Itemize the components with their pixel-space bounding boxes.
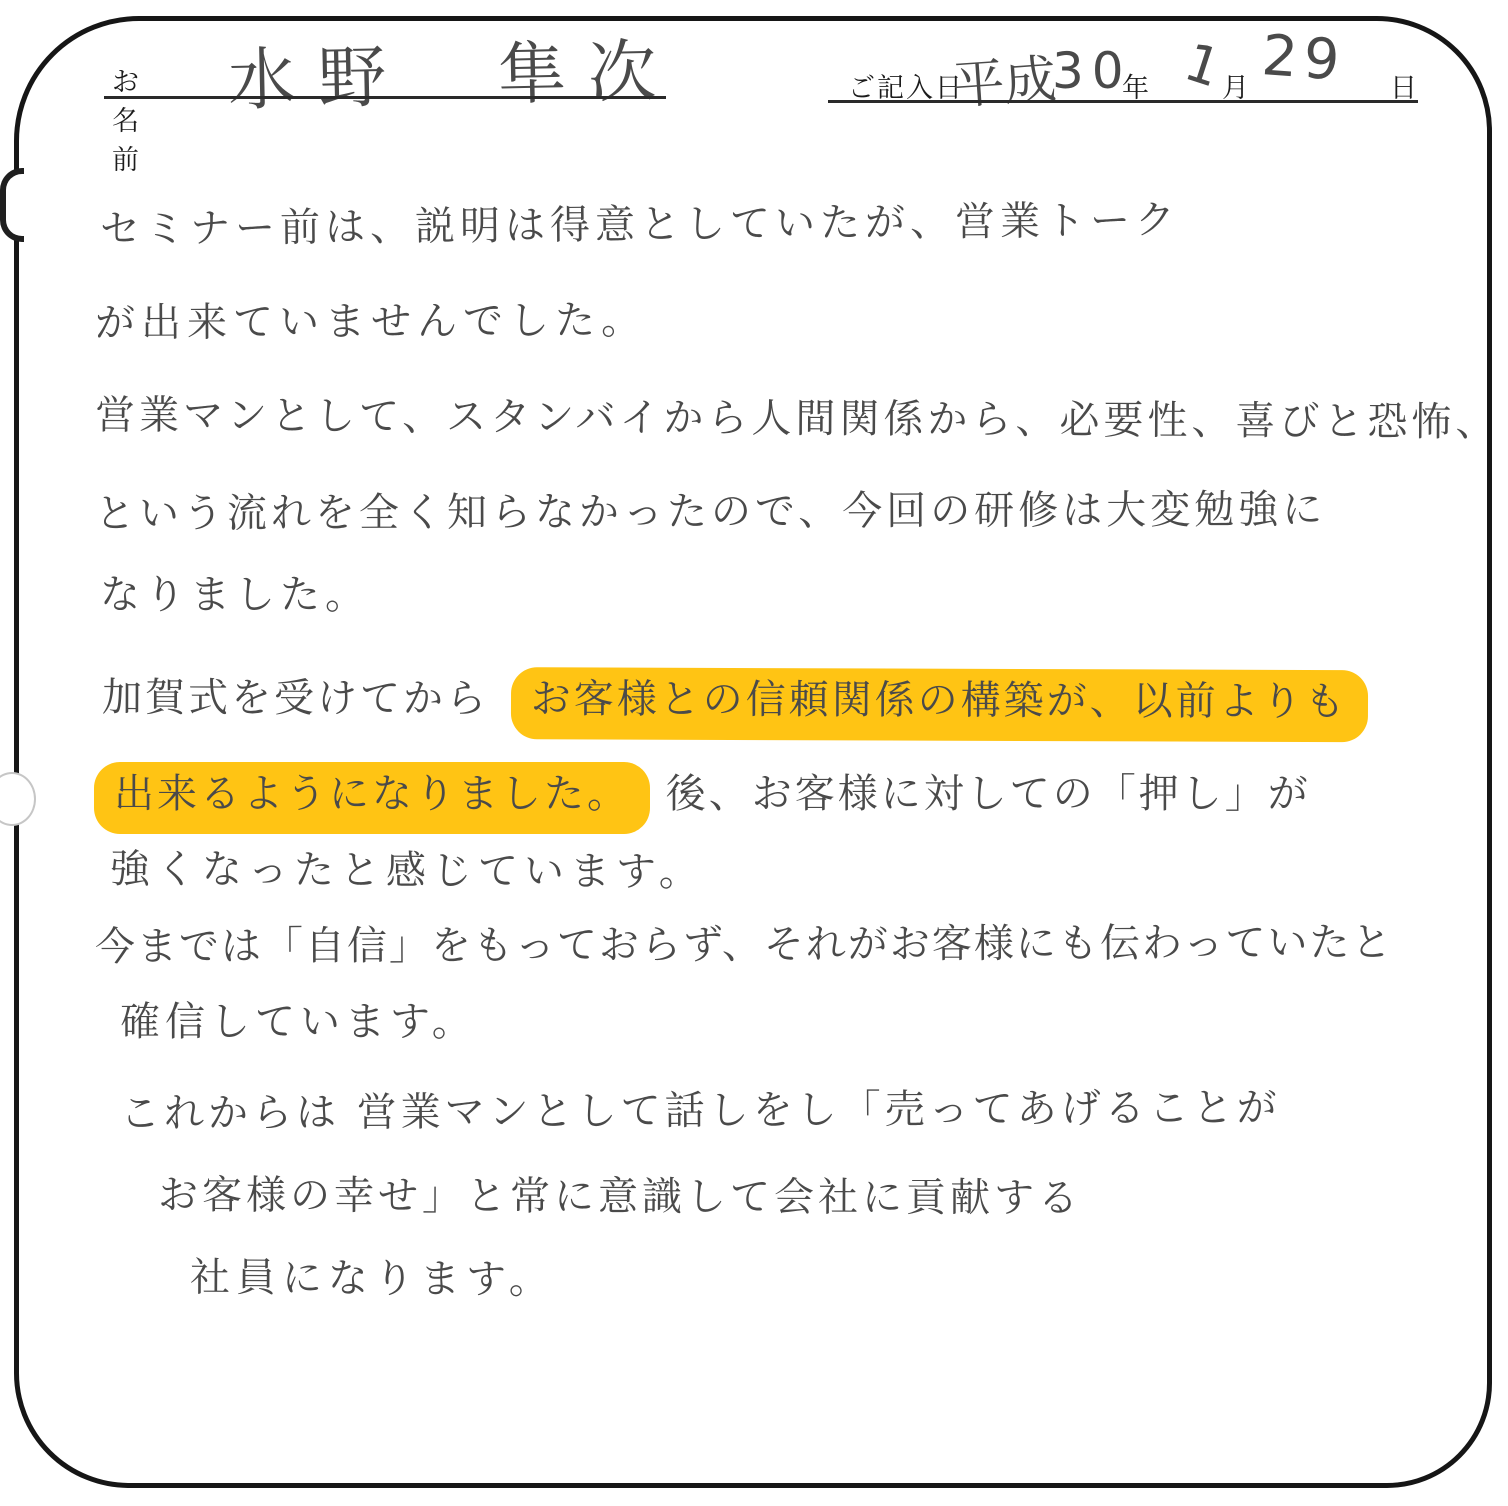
handwritten-line: お客様の幸せ」と常に意識して会社に貢献する <box>158 1166 1082 1227</box>
line-text: お客様の幸せ」と常に意識して会社に貢献する <box>158 1166 1082 1227</box>
handwritten-line: 確信しています。 <box>120 993 477 1051</box>
handwritten-line: セミナー前は、説明は得意としていたが、営業トーク <box>100 191 1180 258</box>
handwritten-line: 出来るようになりました。 後、お客様に対しての「押し」が <box>88 762 1311 834</box>
handwritten-line: が出来ていませんでした。 <box>95 292 647 353</box>
feedback-sheet: お名前 水野 隼次 ご記入日 平成 30 年 1 月 29 日 セミナー前は、説… <box>0 0 1508 1506</box>
line-text: 確信しています。 <box>120 993 477 1051</box>
handwritten-line: 今までは「自信」をもっておらず、それがお客様にも伝わっていたと <box>95 914 1394 977</box>
line-text: 今までは「自信」をもっておらず、それがお客様にも伝わっていたと <box>95 914 1394 977</box>
handwritten-line: 社員になります。 <box>190 1249 555 1310</box>
line-text: 加賀式を受けてから <box>102 669 489 728</box>
highlighted-text: 出来るようになりました。 <box>94 762 650 834</box>
handwritten-line: 加賀式を受けてから お客様との信頼関係の構築が、以前よりも <box>102 666 1368 742</box>
line-text: これからは 営業マンとして話しをし「売ってあげることが <box>120 1079 1281 1143</box>
line-text: 強くなったと感じています。 <box>110 840 705 901</box>
handwritten-line: なりました。 <box>100 566 370 624</box>
highlighted-text: お客様との信頼関係の構築が、以前よりも <box>511 667 1368 742</box>
handwritten-line: 強くなったと感じています。 <box>110 840 705 901</box>
line-text: が出来ていませんでした。 <box>95 292 647 353</box>
line-text: 後、お客様に対しての「押し」が <box>666 765 1311 823</box>
scan-artifact-bracket <box>0 168 24 242</box>
line-text: 社員になります。 <box>190 1249 555 1310</box>
handwritten-line: という流れを全く知らなかったので、今回の研修は大変勉強に <box>95 481 1326 543</box>
name-label: お名前 <box>112 60 141 177</box>
line-text: という流れを全く知らなかったので、今回の研修は大変勉強に <box>95 481 1326 543</box>
line-text: セミナー前は、説明は得意としていたが、営業トーク <box>100 191 1180 258</box>
line-text: なりました。 <box>100 566 370 624</box>
name-value: 水野 隼次 <box>227 17 679 123</box>
line-text: 営業マンとして、スタンバイから人間関係から、必要性、喜びと恐怖、 <box>95 386 1500 451</box>
date-underline <box>828 100 1418 103</box>
name-underline <box>104 96 666 99</box>
handwritten-line: 営業マンとして、スタンバイから人間関係から、必要性、喜びと恐怖、 <box>95 386 1500 451</box>
handwritten-line: これからは 営業マンとして話しをし「売ってあげることが <box>120 1079 1281 1143</box>
